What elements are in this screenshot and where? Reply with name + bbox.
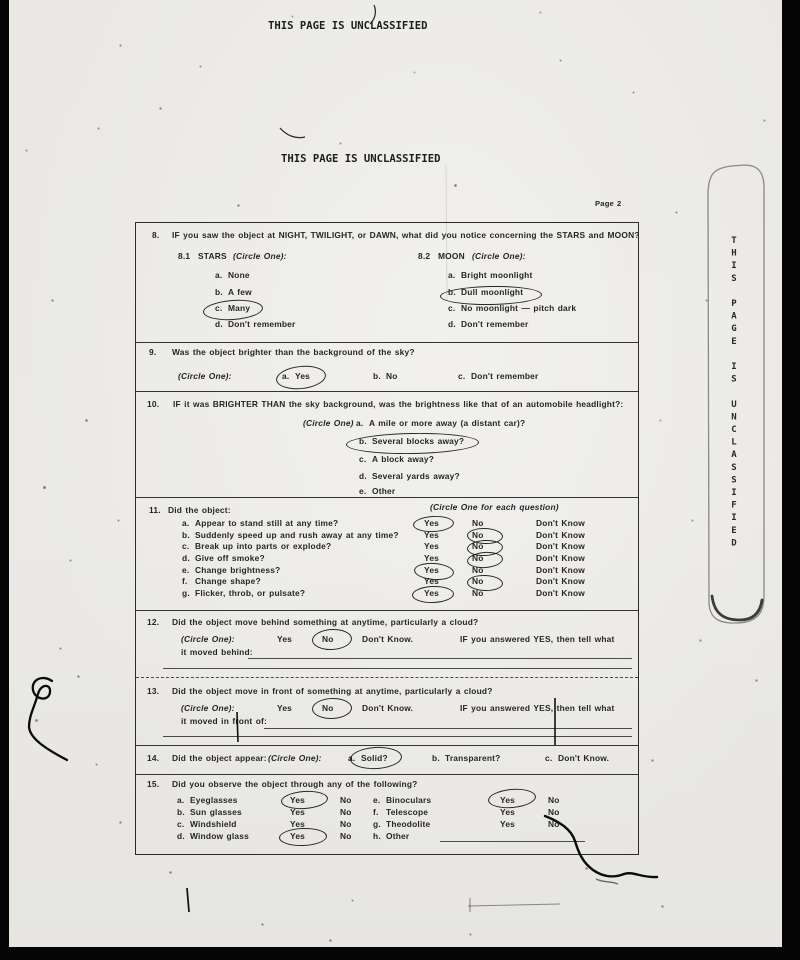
q11-row-label: b.Suddenly speed up and rush away at any… [182, 531, 399, 541]
option: b.No [373, 372, 398, 382]
section-divider [136, 391, 638, 392]
option-letter: e. [373, 796, 386, 806]
option-letter: h. [373, 832, 386, 842]
option: a.Bright moonlight [448, 271, 532, 281]
option-text: Bright moonlight [461, 270, 532, 280]
q8-moon-title: MOON [438, 252, 465, 262]
section-divider [136, 610, 638, 611]
option-text: Other [386, 831, 409, 841]
q8-stars-circle-note: (Circle One): [233, 252, 287, 262]
choice-yes: Yes [424, 542, 439, 552]
q8-stars-number: 8.1 [178, 252, 190, 262]
option-text: None [228, 270, 250, 280]
option-letter: g. [182, 589, 195, 599]
option-text: Change brightness? [195, 565, 280, 575]
option-text: Binoculars [386, 795, 431, 805]
option-letter: e. [182, 566, 195, 576]
q13-text: Did the object move in front of somethin… [172, 687, 493, 697]
write-in-line [264, 728, 632, 729]
side-bracket-bottom [712, 596, 762, 620]
write-in-line [248, 658, 632, 659]
q11-text: Did the object: [168, 506, 231, 516]
option-letter: f. [373, 808, 386, 818]
q14-number: 14. [147, 754, 159, 764]
q11-row-label: d.Give off smoke? [182, 554, 265, 564]
option-text: Break up into parts or explode? [195, 541, 331, 551]
q15-text: Did you observe the object through any o… [172, 780, 417, 790]
option: c.No moonlight — pitch dark [448, 304, 576, 314]
q15-item: c.Windshield [177, 820, 237, 830]
option-text: Sun glasses [190, 807, 242, 817]
option-letter: b. [373, 372, 386, 382]
option-text: Give off smoke? [195, 553, 265, 563]
choice-yes: Yes [424, 531, 439, 541]
option-text: Don't remember [461, 319, 529, 329]
scan-noise [0, 0, 1, 1]
option-text: Don't remember [471, 371, 539, 381]
option-letter: a. [182, 519, 195, 529]
option-text: Several yards away? [372, 471, 460, 481]
write-in-line [440, 841, 585, 842]
option-text: A block away? [372, 454, 434, 464]
option-letter: d. [182, 554, 195, 564]
q13-tail: it moved in front of: [181, 717, 267, 727]
q12-dont-know: Don't Know. [362, 635, 413, 645]
q8-moon-number: 8.2 [418, 252, 430, 262]
q10-text: IF it was BRIGHTER THAN the sky backgrou… [173, 400, 623, 410]
choice-dont-know: Don't Know [536, 554, 585, 564]
q11-row-label: g.Flicker, throb, or pulsate? [182, 589, 305, 599]
q15-item: f.Telescope [373, 808, 428, 818]
pen-squiggle [29, 678, 67, 760]
choice-dont-know: Don't Know [536, 542, 585, 552]
choice-no: No [548, 820, 560, 830]
option: d.Don't remember [448, 320, 529, 330]
choice-yes: Yes [500, 820, 515, 830]
option-text: Appear to stand still at any time? [195, 518, 338, 528]
option-text: Suddenly speed up and rush away at any t… [195, 530, 399, 540]
write-in-line [163, 736, 632, 737]
option-letter: b. [432, 754, 445, 764]
option-letter: d. [448, 320, 461, 330]
section-divider [136, 342, 638, 343]
page-number: Page 2 [595, 200, 621, 209]
choice-dont-know: Don't Know [536, 531, 585, 541]
option: d.Don't remember [215, 320, 296, 330]
option-text: Eyeglasses [190, 795, 238, 805]
choice-no: No [340, 796, 352, 806]
q8-text: IF you saw the object at NIGHT, TWILIGHT… [172, 231, 640, 241]
option-text: Don't Know. [558, 753, 609, 763]
option-letter: f. [182, 577, 195, 587]
q12-if-yes: IF you answered YES, then tell what [460, 635, 615, 645]
option-letter: d. [359, 472, 372, 482]
scanned-page: THIS PAGE IS UNCLASSIFIED THIS PAGE IS U… [0, 0, 800, 960]
option-letter: b. [177, 808, 190, 818]
q11-number: 11. [149, 506, 161, 516]
q11-row-label: f.Change shape? [182, 577, 261, 587]
choice-yes: Yes [290, 808, 305, 818]
option-letter: b. [182, 531, 195, 541]
scan-edge-bottom [0, 947, 800, 960]
option-letter: e. [359, 487, 372, 497]
option-text: Telescope [386, 807, 428, 817]
option: d.Several yards away? [359, 472, 460, 482]
q9-number: 9. [149, 348, 156, 358]
q15-item: h.Other [373, 832, 409, 842]
q12-number: 12. [147, 618, 159, 628]
q8-moon-circle-note: (Circle One): [472, 252, 526, 262]
option-text: A few [228, 287, 252, 297]
q13-dont-know: Don't Know. [362, 704, 413, 714]
scan-artifact [468, 904, 560, 906]
q8-stars-title: STARS [198, 252, 227, 262]
q12-text: Did the object move behind something at … [172, 618, 478, 628]
option: a.None [215, 271, 250, 281]
q12-yes: Yes [277, 635, 292, 645]
section-divider [136, 774, 638, 775]
option: c.Don't Know. [545, 754, 609, 764]
option-letter: c. [182, 542, 195, 552]
option-letter: c. [458, 372, 471, 382]
option-text: Window glass [190, 831, 249, 841]
stamp-middle: THIS PAGE IS UNCLASSIFIED [281, 153, 440, 165]
option-letter: a. [177, 796, 190, 806]
option-text: Don't remember [228, 319, 296, 329]
option-text: Windshield [190, 819, 237, 829]
scan-artifact [596, 879, 618, 884]
choice-no: No [340, 832, 352, 842]
q13-if-yes: IF you answered YES, then tell what [460, 704, 615, 714]
option-letter: a. [215, 271, 228, 281]
q9-text: Was the object brighter than the backgro… [172, 348, 415, 358]
q14-circle-note: (Circle One): [268, 754, 322, 764]
option-letter: d. [215, 320, 228, 330]
choice-dont-know: Don't Know [536, 589, 585, 599]
option: c.A block away? [359, 455, 434, 465]
choice-no: No [340, 808, 352, 818]
option-letter: c. [448, 304, 461, 314]
q11-row-label: e.Change brightness? [182, 566, 280, 576]
option-letter: c. [359, 455, 372, 465]
q11-note: (Circle One for each question) [430, 503, 559, 513]
q14-text: Did the object appear: [172, 754, 267, 764]
choice-no: No [548, 796, 560, 806]
q12-circle-note: (Circle One): [181, 635, 235, 645]
option-text: Change shape? [195, 576, 261, 586]
option-letter: a. [448, 271, 461, 281]
option-letter: a. [356, 419, 369, 429]
section-divider [136, 745, 638, 746]
q13-yes: Yes [277, 704, 292, 714]
option: a.A mile or more away (a distant car)? [356, 419, 525, 429]
option: b.A few [215, 288, 252, 298]
q11-row-label: c.Break up into parts or explode? [182, 542, 331, 552]
option-text: Transparent? [445, 753, 500, 763]
q15-item: e.Binoculars [373, 796, 431, 806]
q11-row-label: a.Appear to stand still at any time? [182, 519, 338, 529]
option: b.Transparent? [432, 754, 500, 764]
q10-number: 10. [147, 400, 159, 410]
q15-number: 15. [147, 780, 159, 790]
option-letter: c. [545, 754, 558, 764]
scan-edge-right [782, 0, 800, 960]
option-text: A mile or more away (a distant car)? [369, 418, 525, 428]
scan-artifact [187, 888, 189, 912]
choice-dont-know: Don't Know [536, 566, 585, 576]
choice-dont-know: Don't Know [536, 577, 585, 587]
option-text: Theodolite [386, 819, 430, 829]
option-text: No [386, 371, 398, 381]
choice-yes: Yes [500, 808, 515, 818]
option-text: Flicker, throb, or pulsate? [195, 588, 305, 598]
write-in-line [163, 668, 632, 669]
choice-no: No [548, 808, 560, 818]
option: c.Don't remember [458, 372, 539, 382]
stamp-top: THIS PAGE IS UNCLASSIFIED [268, 20, 427, 32]
option-letter: g. [373, 820, 386, 830]
q10-circle-note: (Circle One) [303, 419, 354, 429]
section-divider-dashed [136, 677, 638, 678]
q8-number: 8. [152, 231, 159, 241]
option-letter: d. [177, 832, 190, 842]
section-divider [136, 497, 638, 498]
q9-circle-note: (Circle One): [178, 372, 232, 382]
q12-tail: it moved behind: [181, 648, 253, 658]
option-letter: c. [177, 820, 190, 830]
scan-artifact [280, 128, 305, 138]
option-text: Other [372, 486, 395, 496]
option: e.Other [359, 487, 395, 497]
choice-dont-know: Don't Know [536, 519, 585, 529]
option-letter: b. [215, 288, 228, 298]
q13-number: 13. [147, 687, 159, 697]
q15-item: a.Eyeglasses [177, 796, 238, 806]
q15-item: b.Sun glasses [177, 808, 242, 818]
q15-item: d.Window glass [177, 832, 249, 842]
choice-no: No [340, 820, 352, 830]
q13-circle-note: (Circle One): [181, 704, 235, 714]
q15-item: g.Theodolite [373, 820, 430, 830]
stamp-side-vertical: THIS PAGE IS UNCLASSIFIED [729, 236, 739, 581]
scan-edge-left [0, 0, 9, 960]
